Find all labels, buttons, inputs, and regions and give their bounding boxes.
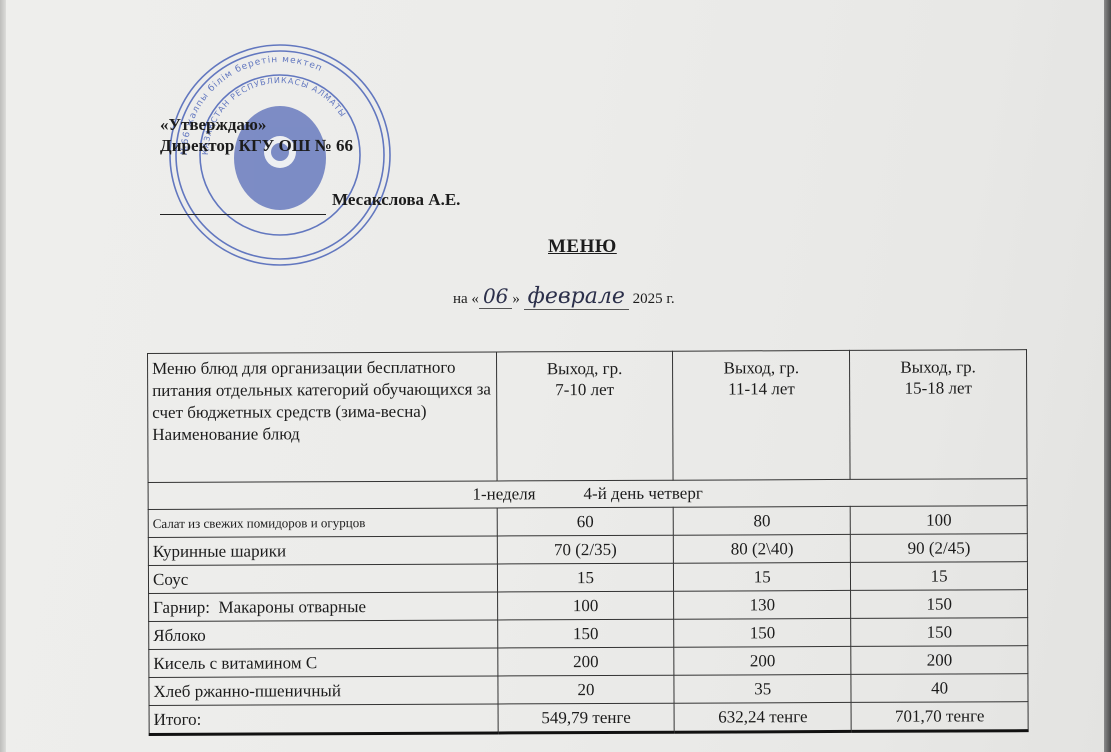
age-header-label: Выход, гр. [501, 358, 669, 380]
total-15-18: 701,70 тенге [851, 702, 1028, 732]
total-row: Итого: 549,79 тенге 632,24 тенге 701,70 … [149, 702, 1028, 735]
table-row: Кисель с витамином С 200 200 200 [149, 646, 1028, 678]
age-header-range: 15-18 лет [854, 377, 1022, 399]
portion-11-14: 130 [674, 590, 851, 619]
age-header-range: 7-10 лет [501, 379, 669, 401]
age-header-15-18: Выход, гр. 15-18 лет [850, 350, 1027, 480]
week-day-cell: 1-неделя4-й день четверг [148, 479, 1027, 510]
age-header-label: Выход, гр. [854, 356, 1022, 378]
age-header-label: Выход, гр. [677, 357, 845, 379]
portion-15-18: 150 [851, 618, 1028, 647]
total-7-10: 549,79 тенге [498, 703, 675, 733]
signature-line [160, 214, 326, 215]
date-year: 2025 г. [633, 291, 675, 307]
table-row: Яблоко 150 150 150 [149, 618, 1028, 650]
dish-name-header: Меню блюд для организации бесплатного пи… [148, 352, 497, 483]
portion-15-18: 150 [851, 590, 1028, 619]
table-row: Гарнир: Макароны отварные 100 130 150 [149, 590, 1028, 622]
date-day-handwritten: 06 [479, 284, 512, 309]
table-header-row: Меню блюд для организации бесплатного пи… [148, 350, 1028, 483]
approval-title: «Утверждаю» [160, 114, 353, 135]
portion-7-10: 150 [497, 619, 674, 648]
portion-11-14: 80 (2\40) [674, 534, 851, 563]
dish-name: Яблоко [149, 620, 498, 650]
dish-name: Хлеб ржанно-пшеничный [149, 676, 498, 706]
total-11-14: 632,24 тенге [674, 702, 851, 732]
age-header-range: 11-14 лет [678, 378, 846, 400]
portion-11-14: 150 [674, 618, 851, 647]
portion-11-14: 200 [674, 646, 851, 675]
approval-block: «Утверждаю» Директор КГУ ОШ № 66 [160, 114, 353, 156]
table-row: Салат из свежих помидоров и огурцов 60 8… [148, 506, 1027, 538]
portion-7-10: 70 (2/35) [497, 535, 674, 564]
age-header-7-10: Выход, гр. 7-10 лет [496, 351, 673, 481]
portion-15-18: 40 [851, 674, 1028, 703]
portion-15-18: 100 [850, 506, 1027, 535]
paper-right-edge [1104, 0, 1111, 752]
dish-name: Куринные шарики [148, 536, 497, 566]
menu-date: на «06» феврале 2025 г. [453, 284, 675, 309]
portion-15-18: 15 [851, 562, 1028, 591]
date-mid: » [512, 291, 520, 307]
portion-11-14: 80 [674, 506, 851, 535]
page-title: МЕНЮ [548, 236, 617, 258]
portion-7-10: 200 [497, 647, 674, 676]
portion-11-14: 15 [674, 562, 851, 591]
total-label: Итого: [149, 704, 498, 735]
dish-name: Соус [148, 564, 497, 594]
table-row: Хлеб ржанно-пшеничный 20 35 40 [149, 674, 1028, 706]
portion-7-10: 20 [498, 675, 675, 704]
table-row: Куринные шарики 70 (2/35) 80 (2\40) 90 (… [148, 534, 1027, 566]
portion-15-18: 90 (2/45) [850, 534, 1027, 563]
portion-7-10: 15 [497, 563, 674, 592]
week-day-row: 1-неделя4-й день четверг [148, 479, 1027, 510]
menu-table: Меню блюд для организации бесплатного пи… [147, 349, 1029, 736]
portion-7-10: 100 [497, 591, 674, 620]
dish-name: Салат из свежих помидоров и огурцов [148, 508, 497, 538]
dish-name: Гарнир: Макароны отварные [149, 592, 498, 622]
week-label: 1-неделя [472, 484, 535, 503]
age-header-11-14: Выход, гр. 11-14 лет [673, 350, 850, 480]
director-name: Месакслова А.Е. [332, 190, 460, 210]
date-month-handwritten: феврале [524, 284, 629, 310]
portion-7-10: 60 [497, 507, 674, 536]
day-label: 4-й день четверг [583, 484, 702, 504]
approval-position: Директор КГУ ОШ № 66 [160, 135, 353, 156]
dish-name: Кисель с витамином С [149, 648, 498, 678]
date-prefix: на « [453, 291, 479, 307]
portion-15-18: 200 [851, 646, 1028, 675]
portion-11-14: 35 [674, 674, 851, 703]
table-row: Соус 15 15 15 [148, 562, 1027, 594]
